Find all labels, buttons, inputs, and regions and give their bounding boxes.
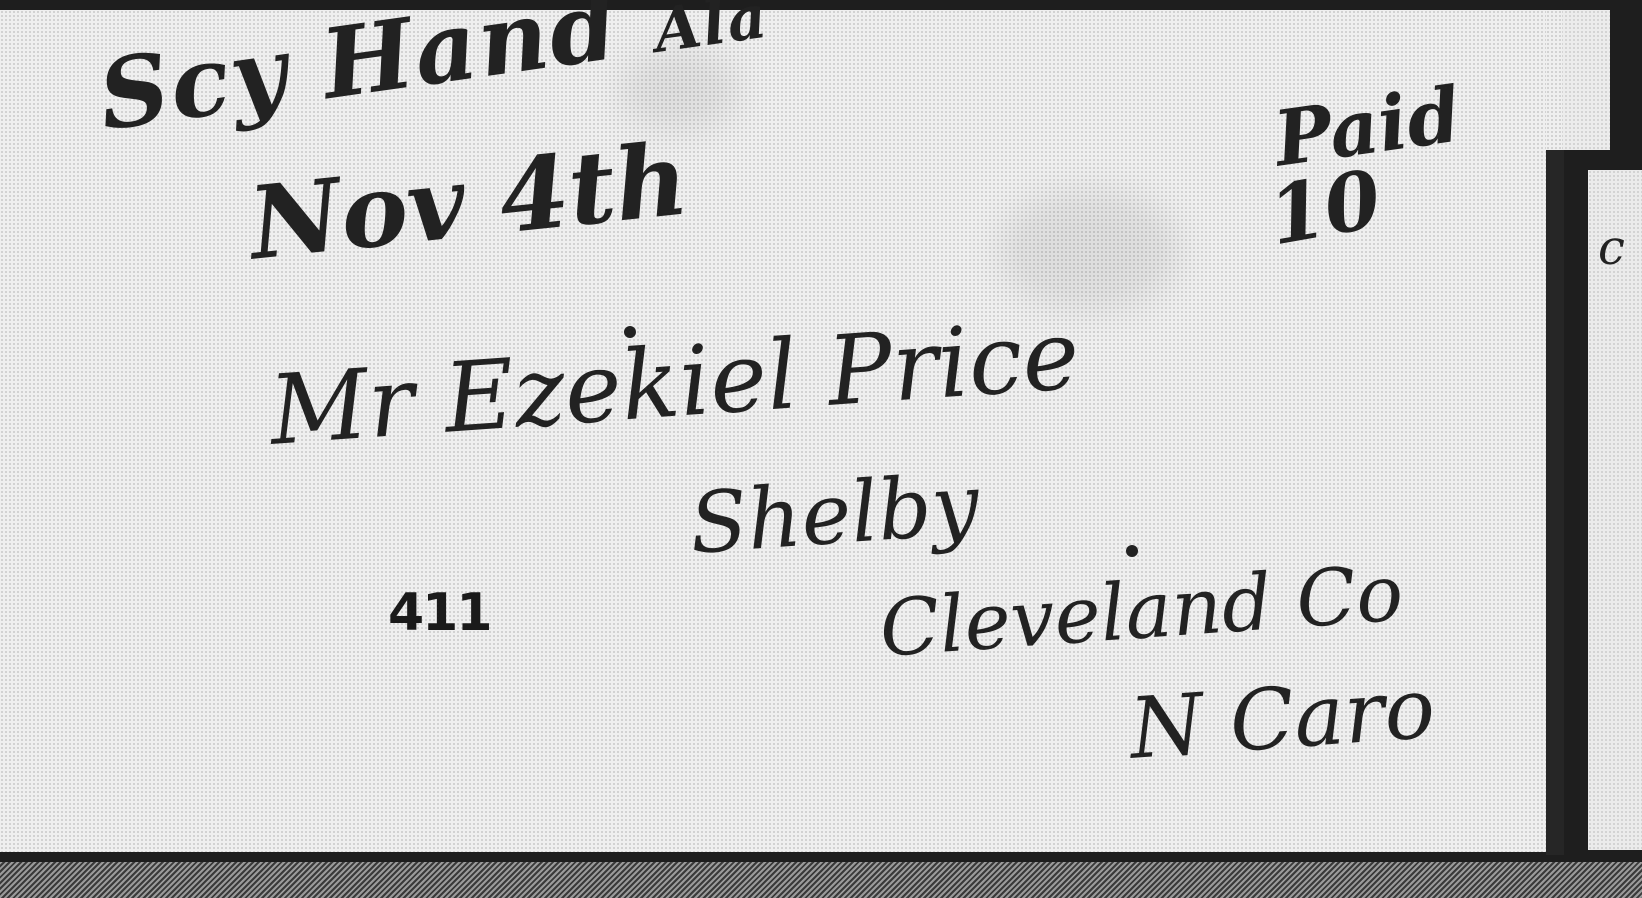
ink-blot (624, 326, 636, 338)
ink-blot (1126, 545, 1138, 557)
envelope-edge (1546, 150, 1564, 855)
adjacent-cover-text: c (1598, 220, 1625, 276)
envelope-corner (1546, 10, 1562, 150)
background-strip (0, 862, 1642, 898)
address-town: Shelby (687, 455, 983, 573)
rate-amount: 10 (1262, 151, 1388, 263)
catalog-number: 411 (388, 583, 491, 643)
